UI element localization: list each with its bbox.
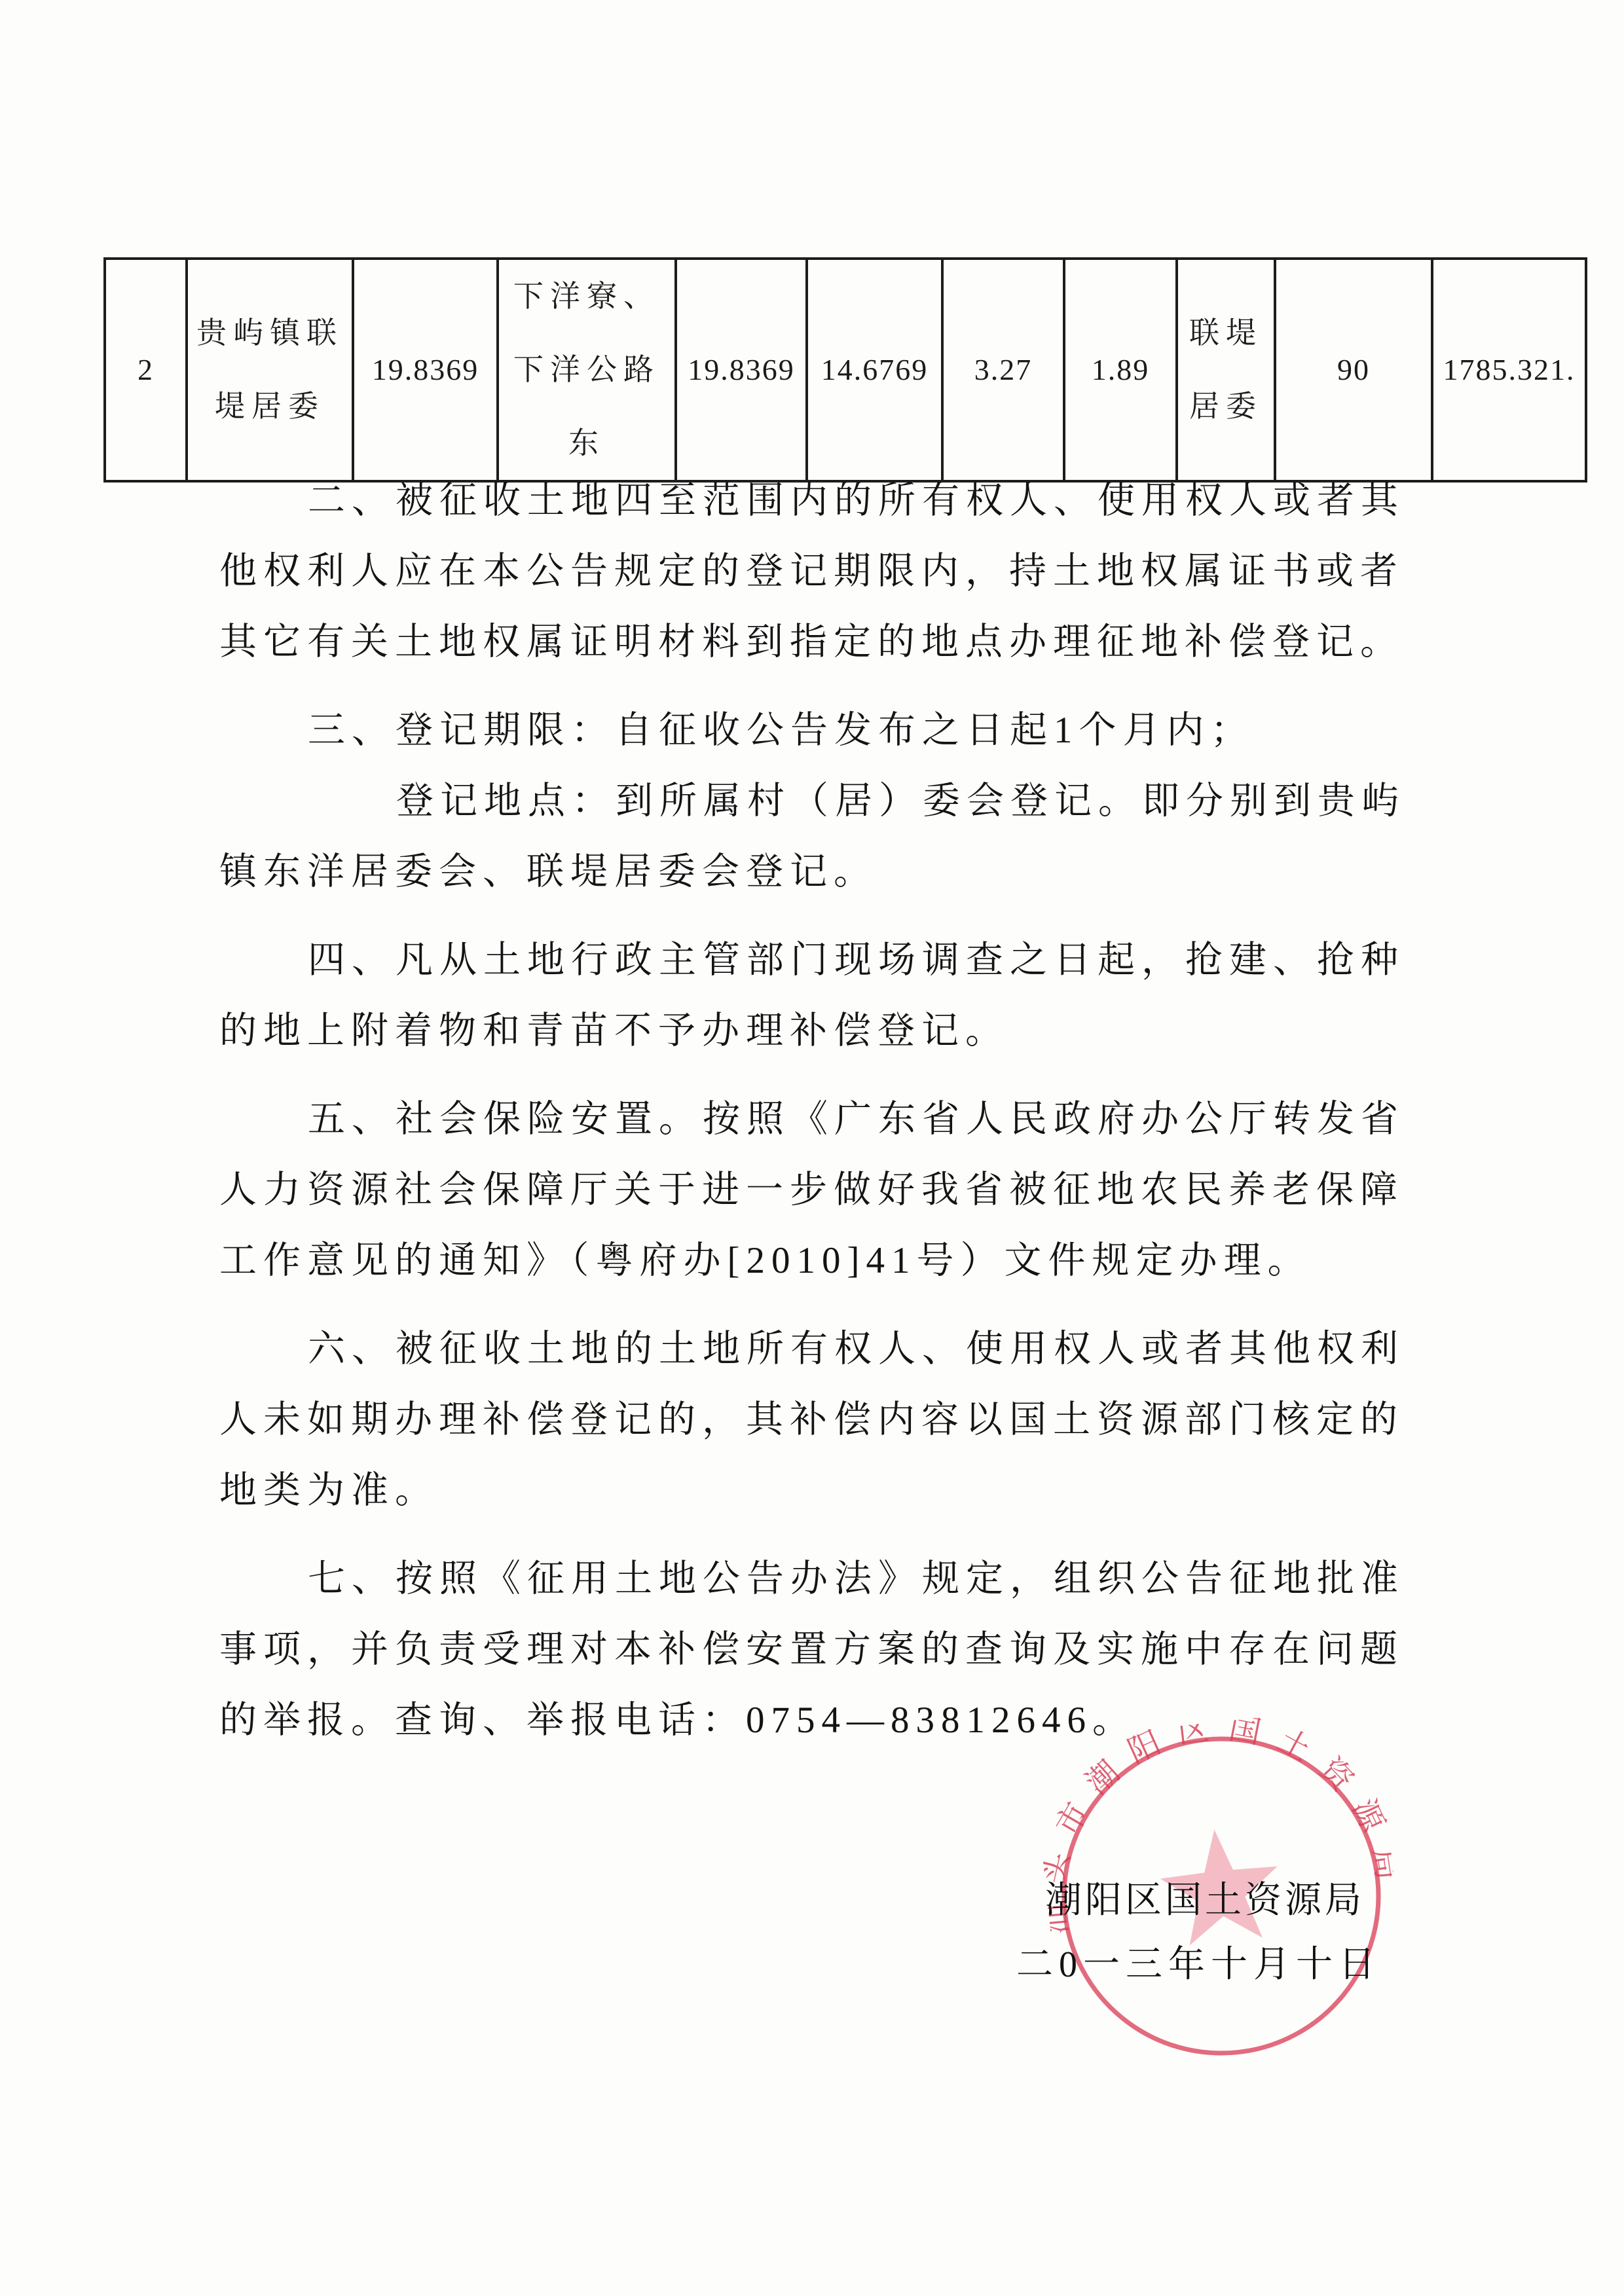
- table-cell-rate: 90: [1275, 259, 1432, 481]
- body-line: 他权利人应在本公告规定的登记期限内，持土地权属证书或者: [219, 536, 1414, 607]
- document-page: 2 贵屿镇联堤居委 19.8369 下洋寮、下洋公路东 19.8369 14.6…: [0, 0, 1624, 2296]
- body-line: 事项，并负责受理对本补偿安置方案的查询及实施中存在问题: [219, 1614, 1414, 1685]
- compensation-table: 2 贵屿镇联堤居委 19.8369 下洋寮、下洋公路东 19.8369 14.6…: [103, 257, 1587, 483]
- body-line: 人力资源社会保障厅关于进一步做好我省被征地农民养老保障: [219, 1155, 1414, 1226]
- body-line: 工作意见的通知》（粤府办[2010]41号）文件规定办理。: [219, 1226, 1414, 1296]
- table-cell-total: 1785.321.: [1432, 259, 1586, 481]
- table-cell-farmland: 14.6769: [807, 259, 942, 481]
- table-cell-seq: 2: [105, 259, 187, 481]
- table-cell-village: 贵屿镇联堤居委: [187, 259, 353, 481]
- body-line: 地类为准。: [219, 1455, 1414, 1526]
- body-line: 其它有关土地权属证明材料到指定的地点办理征地补偿登记。: [219, 607, 1414, 678]
- signature-date: 二0一三年十月十日: [1016, 1929, 1381, 2001]
- body-line: 五、社会保险安置。按照《广东省人民政府办公厅转发省: [219, 1084, 1414, 1155]
- table-cell-area: 19.8369: [353, 259, 498, 481]
- body-line: 二、被征收土地四至范围内的所有权人、使用权人或者其: [219, 465, 1414, 536]
- body-line: 六、被征收土地的土地所有权人、使用权人或者其他权利: [219, 1314, 1414, 1385]
- body-line: 三、登记期限：自征收公告发布之日起1个月内；: [219, 695, 1414, 766]
- body-line: 登记地点：到所属村（居）委会登记。即分别到贵屿: [219, 766, 1414, 837]
- table-cell-value2: 1.89: [1064, 259, 1177, 481]
- table-cell-area2: 19.8369: [676, 259, 807, 481]
- table-cell-value1: 3.27: [942, 259, 1064, 481]
- notice-body: 二、被征收土地四至范围内的所有权人、使用权人或者其 他权利人应在本公告规定的登记…: [219, 465, 1414, 1756]
- table-cell-committee: 联堤居委: [1177, 259, 1275, 481]
- body-line: 七、按照《征用土地公告办法》规定，组织公告征地批准: [219, 1544, 1414, 1614]
- body-line: 镇东洋居委会、联堤居委会登记。: [219, 837, 1414, 907]
- table-cell-location: 下洋寮、下洋公路东: [498, 259, 676, 481]
- body-line: 四、凡从土地行政主管部门现场调查之日起，抢建、抢种: [219, 925, 1414, 996]
- signature-agency: 潮阳区国土资源局: [1045, 1865, 1365, 1937]
- table-row: 2 贵屿镇联堤居委 19.8369 下洋寮、下洋公路东 19.8369 14.6…: [105, 259, 1586, 481]
- body-line: 人未如期办理补偿登记的，其补偿内容以国土资源部门核定的: [219, 1385, 1414, 1455]
- body-line: 的地上附着物和青苗不予办理补偿登记。: [219, 996, 1414, 1066]
